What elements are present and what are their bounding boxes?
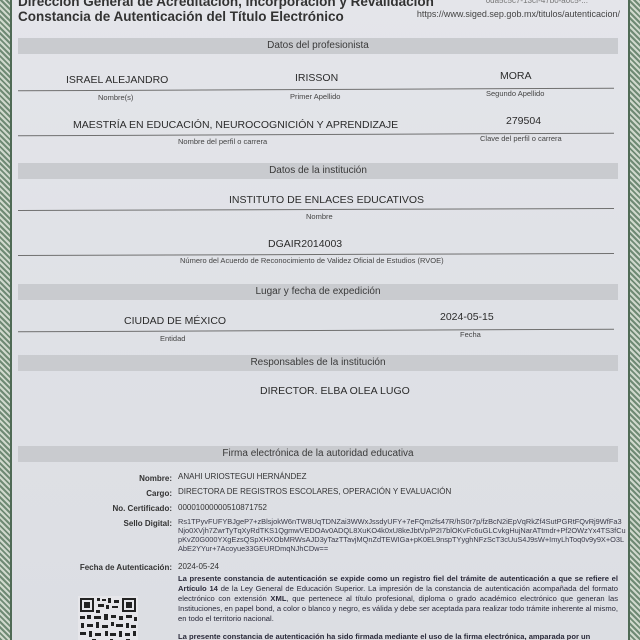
decorative-border-left — [0, 0, 12, 640]
responsable-nombre-value: DIRECTOR. ELBA OLEA LUGO — [260, 385, 410, 397]
fecha-expedicion-caption: Fecha — [460, 330, 481, 339]
document-title: Constancia de Autenticación del Título E… — [18, 9, 434, 24]
cargo-label: Cargo: — [146, 489, 172, 498]
firma-nombre-label: Nombre: — [139, 474, 172, 483]
section-profesionista: Datos del profesionista — [18, 38, 618, 54]
document-header: Dirección General de Acreditación, Incor… — [18, 0, 434, 24]
document-page: Dirección General de Acreditación, Incor… — [12, 0, 628, 640]
segundo-apellido-caption: Segundo Apellido — [486, 89, 544, 98]
legal-text: La presente constancia de autenticación … — [178, 574, 618, 640]
folio-code: 0da5c5c7-13cf-47b0-a0c5-... — [486, 0, 588, 5]
sello-label: Sello Digital: — [124, 519, 172, 528]
legal-paragraph-1: La presente constancia de autenticación … — [178, 574, 618, 624]
nombre-value: ISRAEL ALEJANDRO — [66, 74, 168, 86]
legal-p1-b: Artículo 14 — [178, 584, 218, 593]
verification-url[interactable]: https://www.siged.sep.gob.mx/titulos/aut… — [417, 9, 620, 19]
entidad-caption: Entidad — [160, 334, 185, 343]
fecha-autenticacion-label: Fecha de Autenticación: — [80, 563, 172, 572]
clave-caption: Clave del perfil o carrera — [480, 134, 562, 143]
primer-apellido-value: IRISSON — [295, 72, 338, 84]
section-expedicion: Lugar y fecha de expedición — [18, 284, 618, 300]
section-responsables: Responsables de la institución — [18, 355, 618, 371]
cargo-value: DIRECTORA DE REGISTROS ESCOLARES, OPERAC… — [178, 487, 451, 496]
fecha-autenticacion-value: 2024-05-24 — [178, 562, 219, 571]
certificado-value: 00001000000510871752 — [178, 503, 267, 512]
entidad-value: CIUDAD DE MÉXICO — [124, 315, 226, 327]
qr-code[interactable] — [78, 596, 138, 640]
legal-p1-d: XML — [270, 594, 286, 603]
fecha-expedicion-value: 2024-05-15 — [440, 311, 494, 323]
section-firma: Firma electrónica de la autoridad educat… — [18, 446, 618, 462]
legal-p1-a: La presente constancia de autenticación … — [178, 574, 618, 583]
divider — [18, 329, 614, 333]
sello-digital-value: Rs1TPyvFUFYBJgeP7+zBlsjokW6nTW8UqTDNZai3… — [178, 517, 626, 553]
certificado-label: No. Certificado: — [112, 504, 172, 513]
carrera-caption: Nombre del perfil o carrera — [178, 137, 267, 146]
nombre-caption: Nombre(s) — [98, 93, 133, 102]
segundo-apellido-value: MORA — [500, 70, 532, 82]
rvoe-value: DGAIR2014003 — [268, 238, 342, 250]
decorative-border-right — [628, 0, 640, 640]
clave-value: 279504 — [506, 115, 541, 127]
rvoe-caption: Número del Acuerdo de Reconocimiento de … — [180, 256, 444, 265]
section-institucion: Datos de la institución — [18, 163, 618, 179]
institucion-nombre-value: INSTITUTO DE ENLACES EDUCATIVOS — [229, 194, 424, 206]
carrera-value: MAESTRÍA EN EDUCACIÓN, NEUROCOGNICIÓN Y … — [73, 119, 398, 131]
issuer-title: Dirección General de Acreditación, Incor… — [18, 0, 434, 9]
firma-nombre-value: ANAHI URIOSTEGUI HERNÁNDEZ — [178, 472, 306, 481]
divider — [18, 208, 614, 211]
primer-apellido-caption: Primer Apellido — [290, 92, 340, 101]
institucion-nombre-caption: Nombre — [306, 212, 333, 221]
legal-paragraph-2: La presente constancia de autenticación … — [178, 632, 618, 640]
